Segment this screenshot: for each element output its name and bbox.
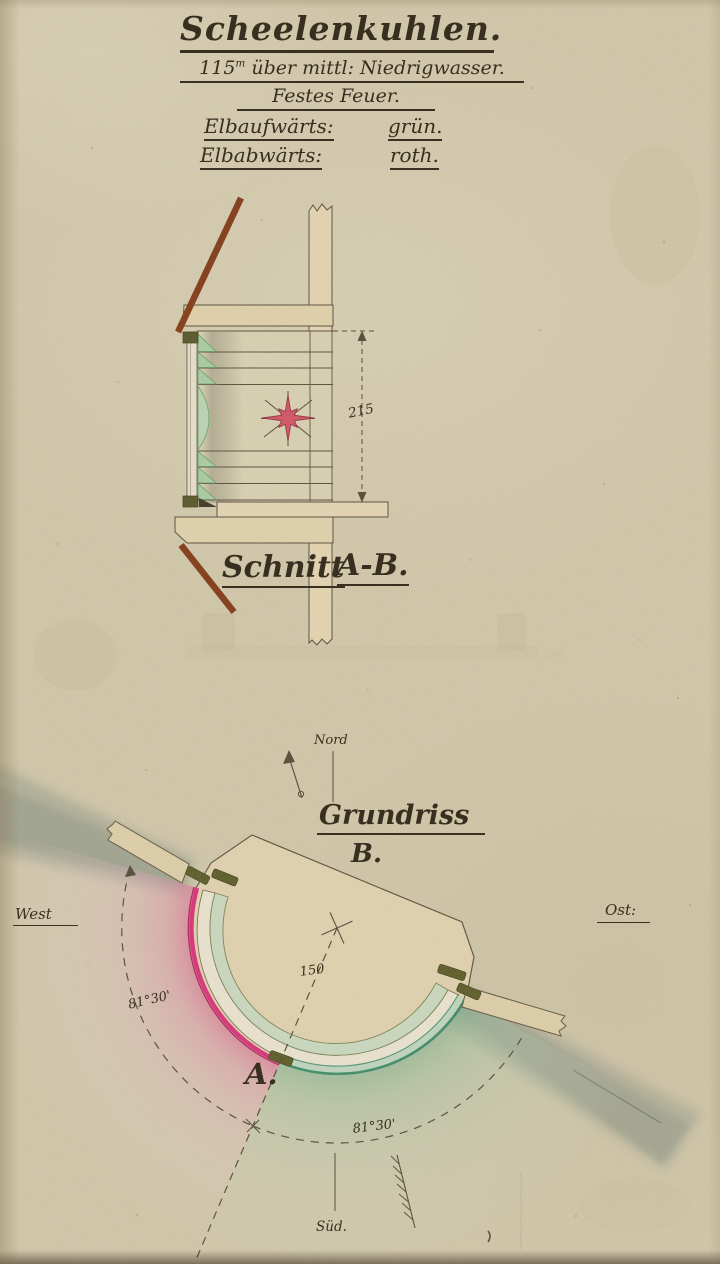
elevation-note: 115m über mittl: Niedrigwasser. [180,58,524,83]
paper-grain [0,0,720,1264]
point-a-label: A. [245,1059,278,1091]
elevation-value: 115 [199,57,235,79]
sheet-title: Scheelenkuhlen. [180,11,494,53]
legend-upstream-value: grün. [388,115,442,141]
section-caption: Schnitt [222,551,345,588]
elevation-text: über mittl: Niedrigwasser. [245,57,505,79]
section-caption-ref: A-B. [337,549,409,586]
compass-east-label: Ost: [597,902,650,923]
drawing-canvas [0,0,720,1264]
compass-west-label: West [13,906,78,926]
elevation-unit: m [235,58,245,70]
drawing-sheet: Scheelenkuhlen. 115m über mittl: Niedrig… [0,0,720,1264]
compass-north-label: Nord [314,734,348,748]
plan-caption: Grundriss [317,801,485,835]
legend-upstream-label: Elbaufwärts: [204,115,334,141]
light-type-label: Festes Feuer. [237,86,435,111]
compass-south-label: Süd. [316,1220,347,1235]
point-b-label: B. [351,840,382,869]
legend-downstream-value: roth. [390,144,439,170]
legend-downstream-label: Elbabwärts: [200,144,322,170]
